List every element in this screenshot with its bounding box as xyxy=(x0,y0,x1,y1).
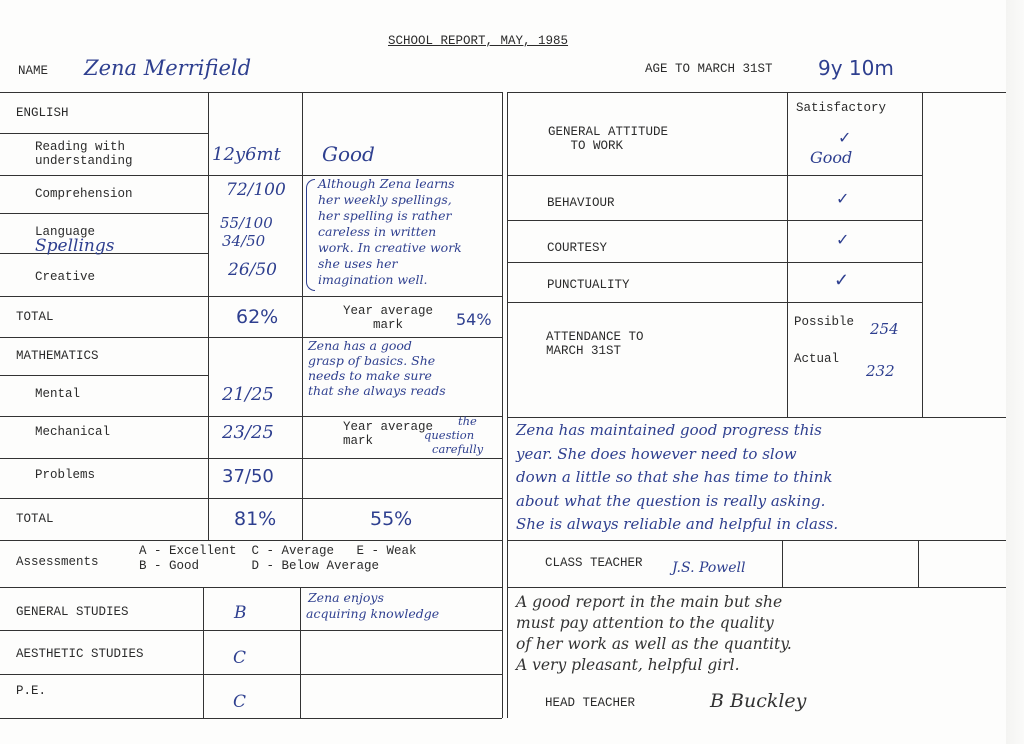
english-row-comprehension-label: Comprehension xyxy=(35,187,133,201)
maths-comment-line: grasp of basics. She xyxy=(308,353,446,368)
maths-comment-line: the xyxy=(458,414,477,428)
english-year-average-value: 54% xyxy=(456,310,492,329)
english-comment-line: she uses her xyxy=(318,256,462,272)
maths-year-average-value: 55% xyxy=(370,508,412,530)
head-teacher-comment-line: of her work as well as the quantity. xyxy=(516,634,792,655)
maths-row-problems-mark: 37/50 xyxy=(222,466,274,487)
general-studies-label: GENERAL STUDIES xyxy=(16,605,129,619)
maths-total-label: TOTAL xyxy=(16,512,54,526)
maths-comment-line: carefully xyxy=(432,442,483,456)
english-row-comprehension-mark: 72/100 xyxy=(226,180,286,200)
maths-row-problems-label: Problems xyxy=(35,468,95,482)
class-teacher-comment-line: down a little so that she has time to th… xyxy=(516,466,838,490)
punctuality-check-icon: ✓ xyxy=(834,270,849,291)
maths-heading: MATHEMATICS xyxy=(16,349,99,363)
english-comment-line: work. In creative work xyxy=(318,240,462,256)
english-row-creative-mark: 26/50 xyxy=(228,260,277,280)
courtesy-check-icon: ✓ xyxy=(836,230,849,249)
english-comment-brace xyxy=(306,179,315,291)
class-teacher-label: CLASS TEACHER xyxy=(545,556,643,570)
attendance-actual-label: Actual xyxy=(794,352,839,366)
class-teacher-comment-line: She is always reliable and helpful in cl… xyxy=(516,513,838,537)
english-comment-line: her spelling is rather xyxy=(318,208,462,224)
assessments-key-line2: B - Good D - Below Average xyxy=(139,559,379,573)
attendance-actual-value: 232 xyxy=(866,362,895,380)
report-title: SCHOOL REPORT, MAY, 1985 xyxy=(388,34,568,48)
maths-year-average-label: Year average mark xyxy=(343,420,433,448)
general-studies-grade: B xyxy=(234,603,247,623)
english-row-reading-label: Reading with understanding xyxy=(35,140,133,168)
maths-total-value: 81% xyxy=(234,508,276,530)
maths-row-mental-mark: 21/25 xyxy=(222,384,274,405)
maths-row-mental-label: Mental xyxy=(35,387,80,401)
maths-comment: Zena has a good grasp of basics. She nee… xyxy=(308,338,446,398)
english-comment-line: her weekly spellings, xyxy=(318,192,462,208)
attitude-note: Good xyxy=(810,148,852,167)
class-teacher-comment-line: Zena has maintained good progress this xyxy=(516,419,838,443)
maths-row-mechanical-label: Mechanical xyxy=(35,425,110,439)
head-teacher-comment-line: A very pleasant, helpful girl. xyxy=(516,655,792,676)
aesthetic-studies-label: AESTHETIC STUDIES xyxy=(16,647,144,661)
english-row-language-mark: 55/100 xyxy=(220,214,273,232)
maths-comment-line: Zena has a good xyxy=(308,338,446,353)
head-teacher-signature: B Buckley xyxy=(710,690,806,712)
head-teacher-comment-line: A good report in the main but she xyxy=(516,592,792,613)
head-teacher-label: HEAD TEACHER xyxy=(545,696,635,710)
attitude-check-icon: ✓ xyxy=(838,128,851,147)
maths-comment-line: that she always reads xyxy=(308,383,446,398)
pe-label: P.E. xyxy=(16,684,46,698)
aesthetic-studies-grade: C xyxy=(233,648,246,668)
courtesy-label: COURTESY xyxy=(547,241,607,255)
english-heading: ENGLISH xyxy=(16,106,69,120)
english-year-average-label: Year average mark xyxy=(343,304,433,332)
attendance-possible-value: 254 xyxy=(870,320,899,338)
english-comment-line: imagination well. xyxy=(318,272,462,288)
punctuality-label: PUNCTUALITY xyxy=(547,278,630,292)
head-teacher-comment-line: must pay attention to the quality xyxy=(516,613,792,634)
maths-comment-line: needs to make sure xyxy=(308,368,446,383)
maths-comment-line: question xyxy=(424,428,474,442)
english-row-reading-mark: 12y6mt xyxy=(212,144,281,165)
english-comment-line: careless in written xyxy=(318,224,462,240)
english-row-creative-label: Creative xyxy=(35,270,95,284)
attendance-label: ATTENDANCE TO MARCH 31ST xyxy=(546,330,644,358)
student-name: Zena Merrifield xyxy=(84,56,251,80)
maths-row-mechanical-mark: 23/25 xyxy=(222,422,274,443)
assessments-key-line1: A - Excellent C - Average E - Weak xyxy=(139,544,417,558)
behaviour-label: BEHAVIOUR xyxy=(547,196,615,210)
assessments-label: Assessments xyxy=(16,555,99,569)
age-value: 9y 10m xyxy=(818,56,894,80)
school-report-page: SCHOOL REPORT, MAY, 1985 NAME Zena Merri… xyxy=(0,0,1024,744)
attendance-possible-label: Possible xyxy=(794,315,854,329)
english-total-value: 62% xyxy=(236,306,278,328)
name-label: NAME xyxy=(18,64,48,78)
head-teacher-comment: A good report in the main but she must p… xyxy=(516,592,792,676)
attitude-label: GENERAL ATTITUDE TO WORK xyxy=(548,125,668,153)
behaviour-check-icon: ✓ xyxy=(836,189,849,208)
english-comment: Although Zena learns her weekly spelling… xyxy=(318,176,462,288)
class-teacher-comment-line: year. She does however need to slow xyxy=(516,443,838,467)
class-teacher-comment-line: about what the question is really asking… xyxy=(516,490,838,514)
class-teacher-signature: J.S. Powell xyxy=(672,560,745,576)
class-teacher-comment: Zena has maintained good progress this y… xyxy=(516,419,838,537)
english-comment-line: Although Zena learns xyxy=(318,176,462,192)
age-label: AGE TO MARCH 31ST xyxy=(645,62,773,76)
english-row-reading-comment: Good xyxy=(322,142,375,166)
pe-grade: C xyxy=(233,692,246,712)
english-row-spellings-mark: 34/50 xyxy=(222,232,265,250)
english-total-label: TOTAL xyxy=(16,310,54,324)
general-studies-comment-line: acquiring knowledge xyxy=(306,606,439,621)
paper-edge xyxy=(1006,0,1024,744)
satisfactory-header: Satisfactory xyxy=(796,101,886,115)
english-row-spellings-label: Spellings xyxy=(35,236,114,256)
general-studies-comment-line: Zena enjoys xyxy=(308,590,384,605)
